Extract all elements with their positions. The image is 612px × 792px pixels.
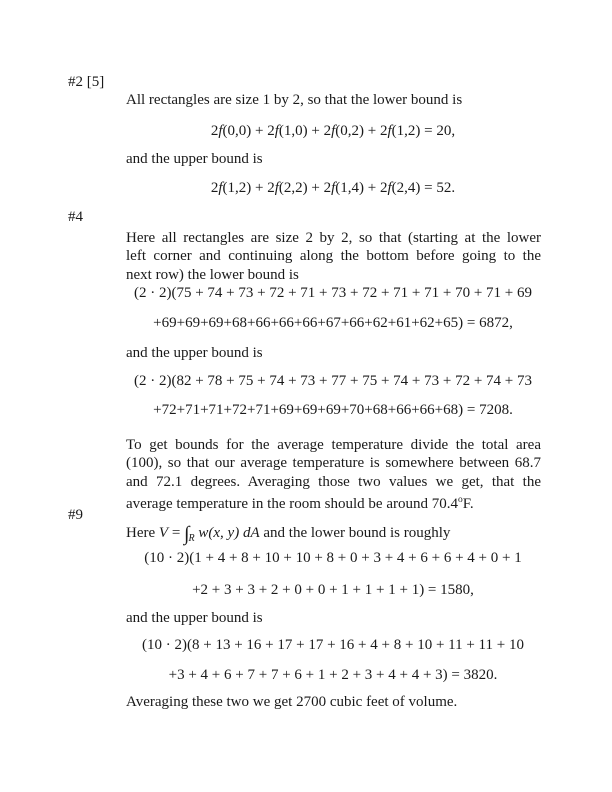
problem-9-upper-bound-equation-line-1: (10 · 2)(8 + 13 + 16 + 17 + 17 + 16 + 4 … [123, 636, 543, 654]
problem-9-upper-bound-equation-line-2: +3 + 4 + 6 + 7 + 7 + 6 + 1 + 2 + 3 + 4 +… [123, 666, 543, 684]
problem-4-upper-intro-text: and the upper bound is [126, 344, 541, 362]
problem-4-lower-bound-equation-line-2: +69+69+69+68+66+66+66+67+66+62+61+62+65)… [123, 314, 543, 332]
homework-solutions-page: #2 [5] All rectangles are size 1 by 2, s… [0, 0, 612, 792]
problem-4-summary-paragraph: To get bounds for the average temperatur… [126, 436, 541, 514]
problem-9-outro-text: Averaging these two we get 2700 cubic fe… [126, 693, 541, 711]
problem-4-summary-line-2: (100), so that our average temperature i… [126, 454, 541, 472]
problem-4-intro-line-1: Here all rectangles are size 2 by 2, so … [126, 229, 541, 247]
volume-variable: V [159, 525, 168, 541]
problem-9-intro-text: Here V = ∫R w(x, y) dA and the lower bou… [126, 524, 541, 548]
problem-4-intro-line-3: next row) the lower bound is [126, 266, 541, 284]
problem-4-summary-line-4: average temperature in the room should b… [126, 491, 541, 513]
problem-9-intro-post: and the lower bound is roughly [260, 525, 451, 541]
problem-2-lower-bound-equation: 2f(0,0) + 2f(1,0) + 2f(0,2) + 2f(1,2) = … [123, 122, 543, 140]
problem-2-upper-intro-text: and the upper bound is [126, 150, 541, 168]
problem-9-intro-pre: Here [126, 525, 159, 541]
problem-2-upper-bound-equation: 2f(1,2) + 2f(2,2) + 2f(1,4) + 2f(2,4) = … [123, 179, 543, 197]
problem-4-summary-line-4-text: average temperature in the room should b… [126, 496, 458, 512]
problem-9-upper-intro-text: and the upper bound is [126, 609, 541, 627]
problem-4-upper-bound-equation-line-1: (2 · 2)(82 + 78 + 75 + 74 + 73 + 77 + 75… [123, 372, 543, 390]
problem-4-summary-line-3: and 72.1 degrees. Averaging those two va… [126, 473, 541, 491]
problem-4-upper-bound-equation-line-2: +72+71+71+72+71+69+69+69+70+68+66+66+68)… [123, 401, 543, 419]
problem-9-equals-sign: = [168, 525, 184, 541]
problem-2-label: #2 [5] [68, 73, 104, 91]
problem-4-intro-line-2: left corner and continuing along the bot… [126, 247, 541, 265]
problem-9-lower-bound-equation-line-1: (10 · 2)(1 + 4 + 8 + 10 + 10 + 8 + 0 + 3… [123, 549, 543, 567]
problem-4-summary-line-1: To get bounds for the average temperatur… [126, 436, 541, 454]
problem-4-intro-paragraph: Here all rectangles are size 2 by 2, so … [126, 229, 541, 284]
problem-4-label: #4 [68, 208, 83, 226]
problem-4-summary-line-4-unit: F. [463, 496, 474, 512]
problem-2-intro-text: All rectangles are size 1 by 2, so that … [126, 91, 541, 109]
integrand-expression: w(x, y) dA [195, 525, 260, 541]
problem-9-label: #9 [68, 506, 83, 524]
problem-4-lower-bound-equation-line-1: (2 · 2)(75 + 74 + 73 + 72 + 71 + 73 + 72… [123, 284, 543, 302]
problem-9-lower-bound-equation-line-2: +2 + 3 + 3 + 2 + 0 + 0 + 1 + 1 + 1 + 1) … [123, 581, 543, 599]
